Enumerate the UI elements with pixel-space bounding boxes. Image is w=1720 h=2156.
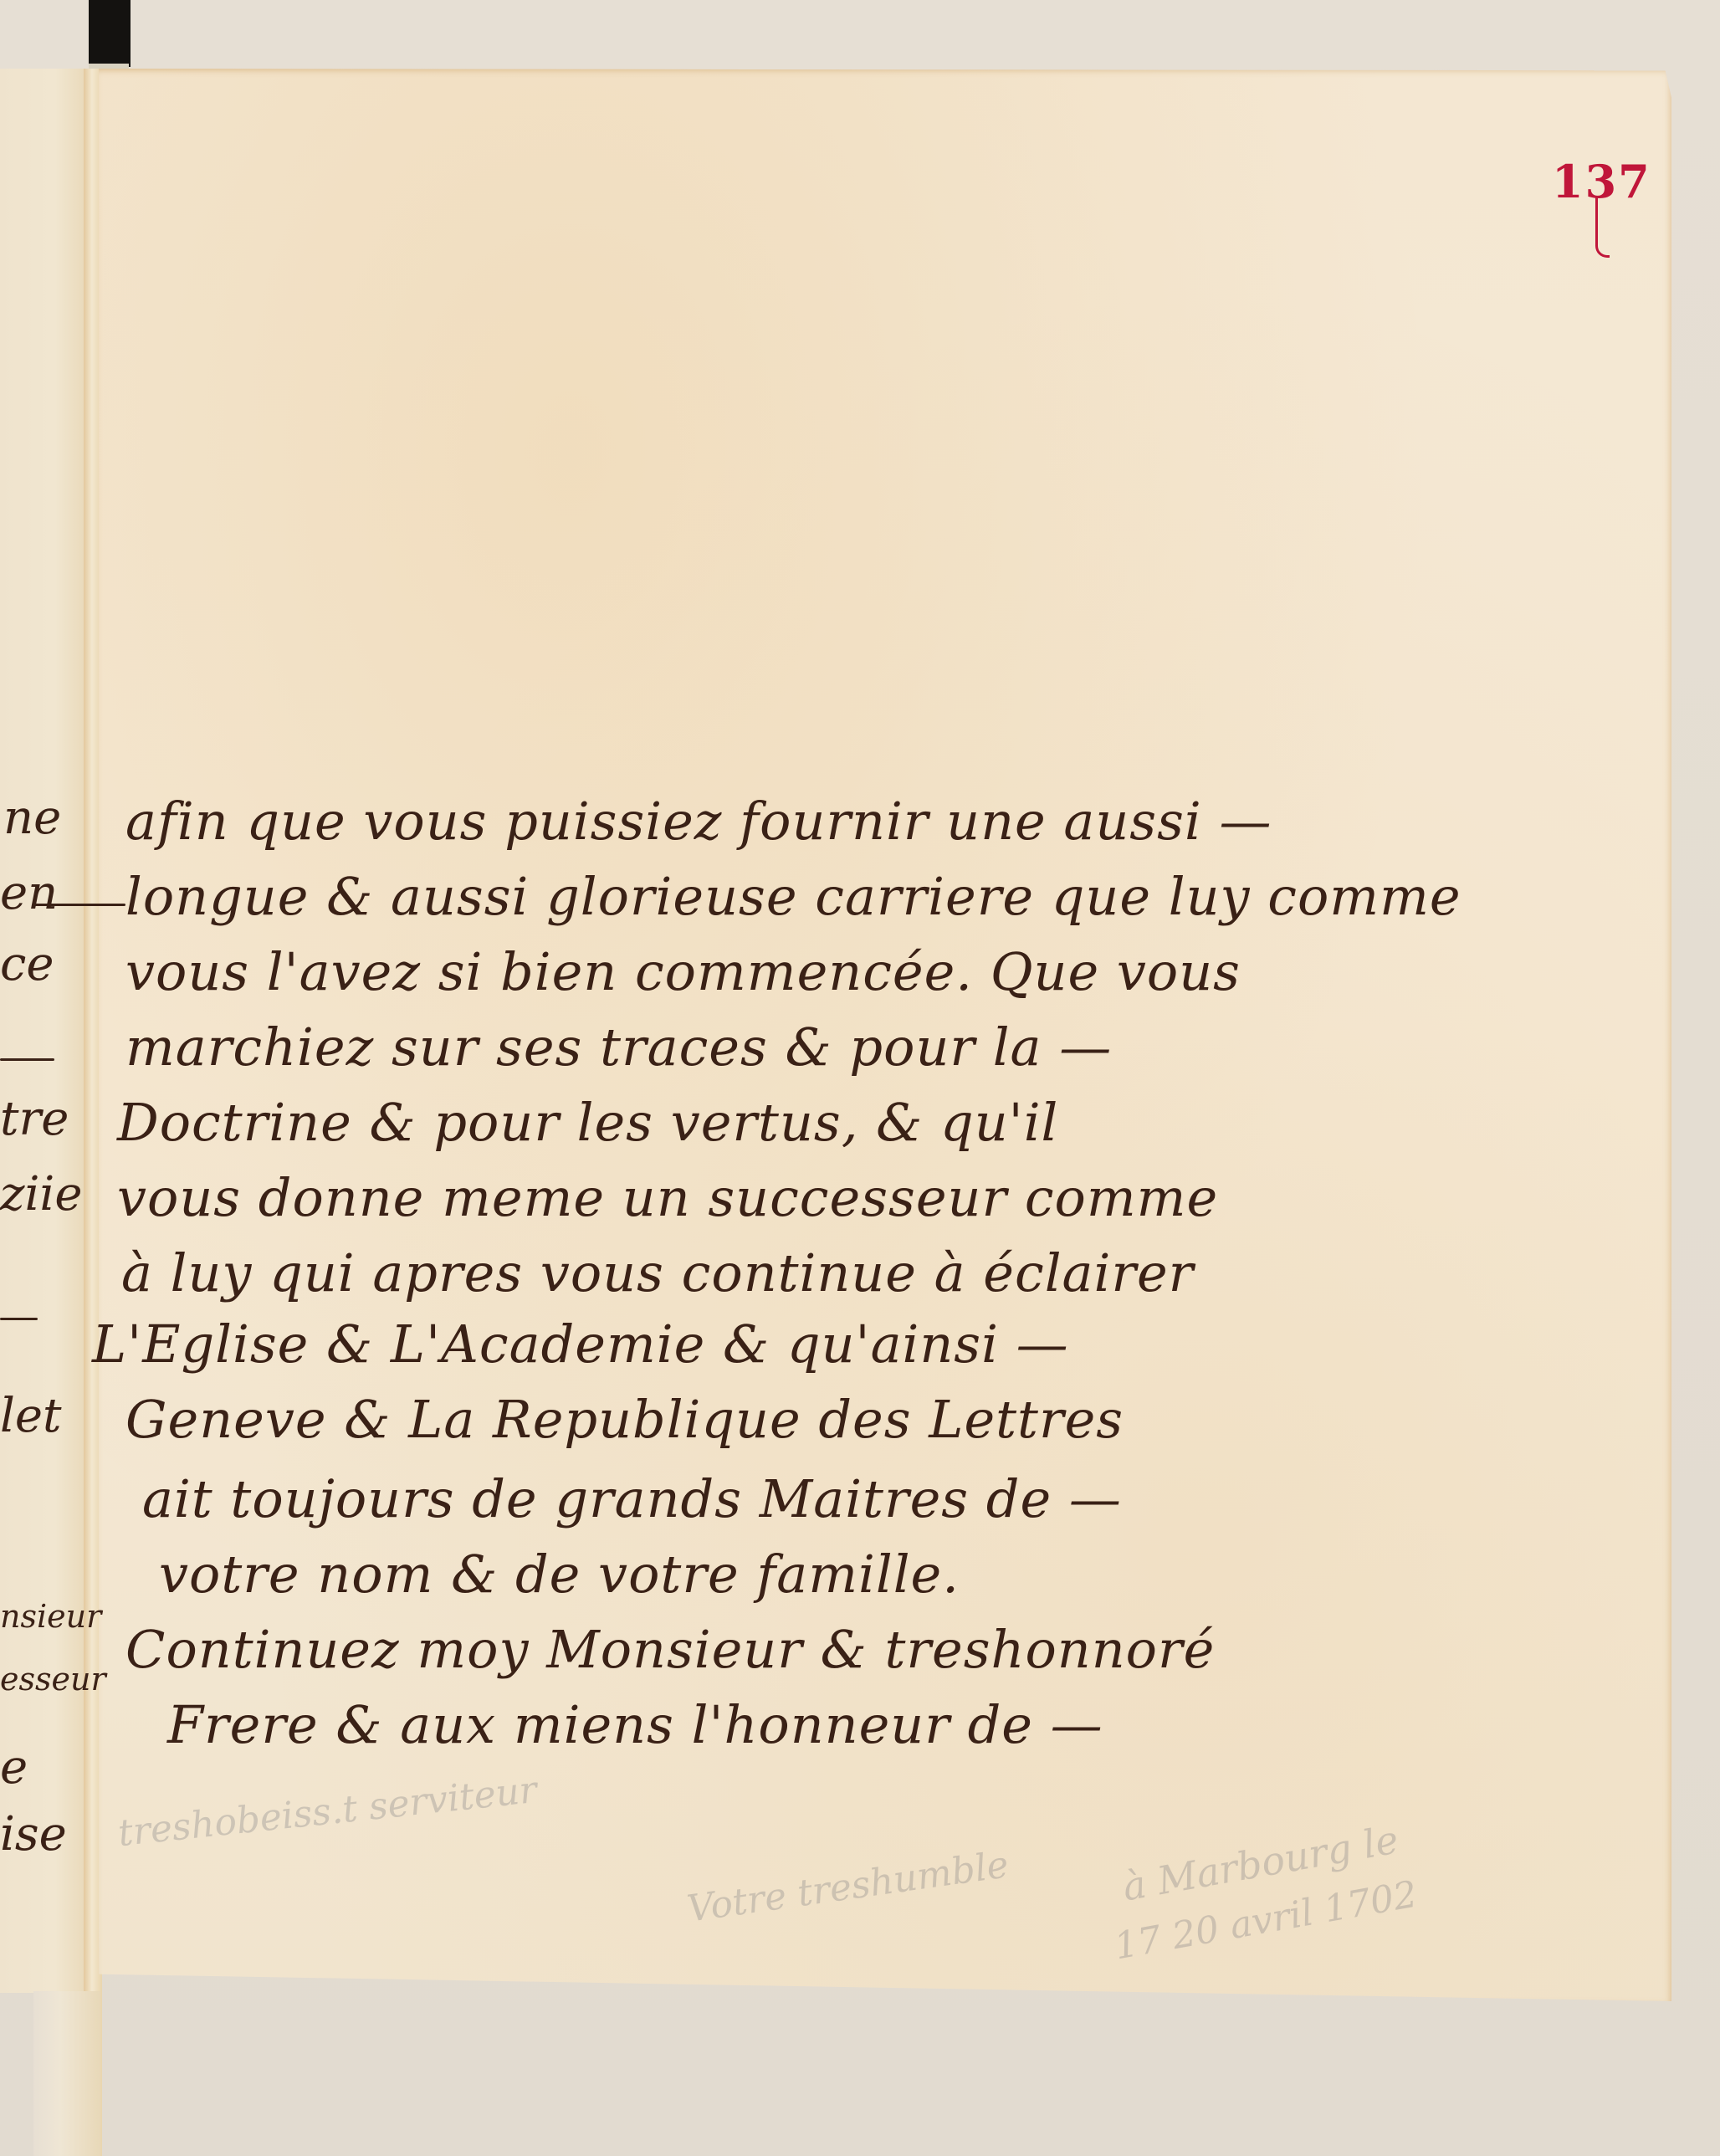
text-line-1: afin que vous puissiez fournir une aussi… xyxy=(125,791,1272,852)
folio-flourish-icon xyxy=(1595,197,1610,258)
scan-ruler-clip xyxy=(89,0,131,67)
line-filler-dash xyxy=(0,1058,54,1061)
text-line-8: L'Eglise & L'Academie & qu'ainsi — xyxy=(92,1314,1069,1375)
text-line-7: à luy qui apres vous continue à éclairer xyxy=(121,1242,1194,1303)
line-filler-dash xyxy=(0,1318,38,1320)
margin-fragment: ise xyxy=(0,1807,67,1862)
binding-gutter-lower xyxy=(33,1991,100,2156)
facing-page-strip xyxy=(0,69,92,1993)
text-line-4: marchiez sur ses traces & pour la — xyxy=(125,1017,1112,1078)
margin-fragment: ziie xyxy=(0,1167,82,1221)
margin-fragment: esseur xyxy=(0,1661,106,1698)
text-line-10: ait toujours de grands Maitres de — xyxy=(142,1468,1122,1529)
text-line-12: Continuez moy Monsieur & treshonnoré xyxy=(125,1619,1215,1680)
text-line-13: Frere & aux miens l'honneur de — xyxy=(167,1694,1103,1755)
line-connector xyxy=(33,904,125,906)
margin-fragment: let xyxy=(0,1389,62,1443)
margin-fragment: ce xyxy=(0,937,54,991)
text-line-9: Geneve & La Republique des Lettres xyxy=(125,1389,1124,1450)
text-line-11: votre nom & de votre famille. xyxy=(159,1544,960,1605)
margin-fragment: en xyxy=(0,866,58,920)
margin-fragment: nsieur xyxy=(0,1598,101,1635)
margin-fragment: e xyxy=(0,1740,28,1795)
text-line-3: vous l'avez si bien commencée. Que vous xyxy=(125,941,1241,1002)
text-line-6: vous donne meme un successeur comme xyxy=(117,1167,1218,1228)
text-line-2: longue & aussi glorieuse carriere que lu… xyxy=(125,866,1461,927)
margin-fragment: ne xyxy=(3,791,61,845)
text-line-5: Doctrine & pour les vertus, & qu'il xyxy=(117,1092,1058,1153)
margin-fragment: tre xyxy=(0,1092,69,1146)
